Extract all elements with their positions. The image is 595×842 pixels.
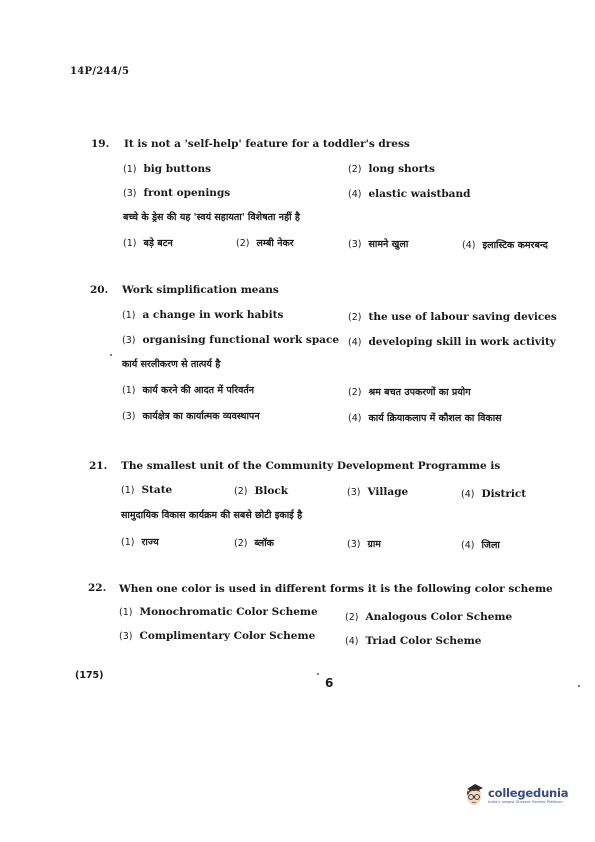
option-hindi: (1)राज्य xyxy=(121,535,159,548)
option: (2)Analogous Color Scheme xyxy=(345,611,512,623)
option: (4)Triad Color Scheme xyxy=(345,635,481,647)
question-text: Work simplification means xyxy=(122,284,279,296)
scan-speck xyxy=(110,354,112,356)
option: (1)Monochromatic Color Scheme xyxy=(119,606,318,618)
option: (1)a change in work habits xyxy=(122,309,283,321)
option-hindi: (4)इलास्टिक कमरबन्द xyxy=(462,238,548,251)
option-hindi: (2)ब्लॉक xyxy=(234,536,274,549)
question-text-hindi: कार्य सरलीकरण से तात्पर्य है xyxy=(122,357,220,370)
option-hindi: (3)सामने खुला xyxy=(348,237,408,250)
option: (3)organising functional work space xyxy=(122,334,339,346)
option-hindi: (4)कार्य क्रियाकलाप में कौशल का विकास xyxy=(348,411,502,424)
option-hindi: (1)कार्य करने की आदत में परिवर्तन xyxy=(122,383,254,396)
option-hindi: (2)श्रम बचत उपकरणों का प्रयोग xyxy=(348,385,471,398)
mascot-icon xyxy=(463,782,485,808)
option-hindi: (3)कार्यक्षेत्र का कार्यात्मक व्यवस्थापन xyxy=(122,409,260,422)
option: (3)front openings xyxy=(123,187,230,199)
option: (4)developing skill in work activity xyxy=(348,336,556,348)
option: (1)big buttons xyxy=(123,163,211,175)
scan-speck xyxy=(578,685,580,687)
option: (4)elastic waistband xyxy=(348,188,470,200)
question-text: When one color is used in different form… xyxy=(119,583,553,595)
question-number: 20. xyxy=(90,284,108,296)
option-hindi: (3)ग्राम xyxy=(347,537,381,550)
option: (2)the use of labour saving devices xyxy=(348,311,557,323)
option: (3)Village xyxy=(347,486,408,498)
question-text-hindi: बच्चे के ड्रेस की यह 'स्वयं सहायता' विशे… xyxy=(123,210,300,223)
question-text-hindi: सामुदायिक विकास कार्यक्रम की सबसे छोटी इ… xyxy=(121,508,302,521)
logo-tagline: India's largest Student Review Platform xyxy=(488,799,568,804)
option: (2)Block xyxy=(234,485,288,497)
scan-speck xyxy=(317,673,319,675)
option-hindi: (4)जिला xyxy=(461,538,500,551)
question-number: 22. xyxy=(88,582,106,594)
collegedunia-logo: collegedunia India's largest Student Rev… xyxy=(463,782,568,808)
option: (2)long shorts xyxy=(348,163,435,175)
option: (3)Complimentary Color Scheme xyxy=(119,630,315,642)
option: (1)State xyxy=(121,484,172,496)
question-number: 19. xyxy=(91,138,109,150)
option: (4)District xyxy=(461,488,526,500)
question-number: 21. xyxy=(89,460,107,472)
option-hindi: (1)बड़े बटन xyxy=(123,236,173,249)
logo-brand-text: collegedunia xyxy=(488,787,568,799)
paper-code: 14P/244/5 xyxy=(70,66,129,77)
question-text: The smallest unit of the Community Devel… xyxy=(121,460,500,472)
question-text: It is not a 'self-help' feature for a to… xyxy=(124,138,410,150)
page-number: 6 xyxy=(325,676,333,690)
option-hindi: (2)लम्बी नेकर xyxy=(236,236,294,249)
footer-code: (175) xyxy=(75,670,104,681)
